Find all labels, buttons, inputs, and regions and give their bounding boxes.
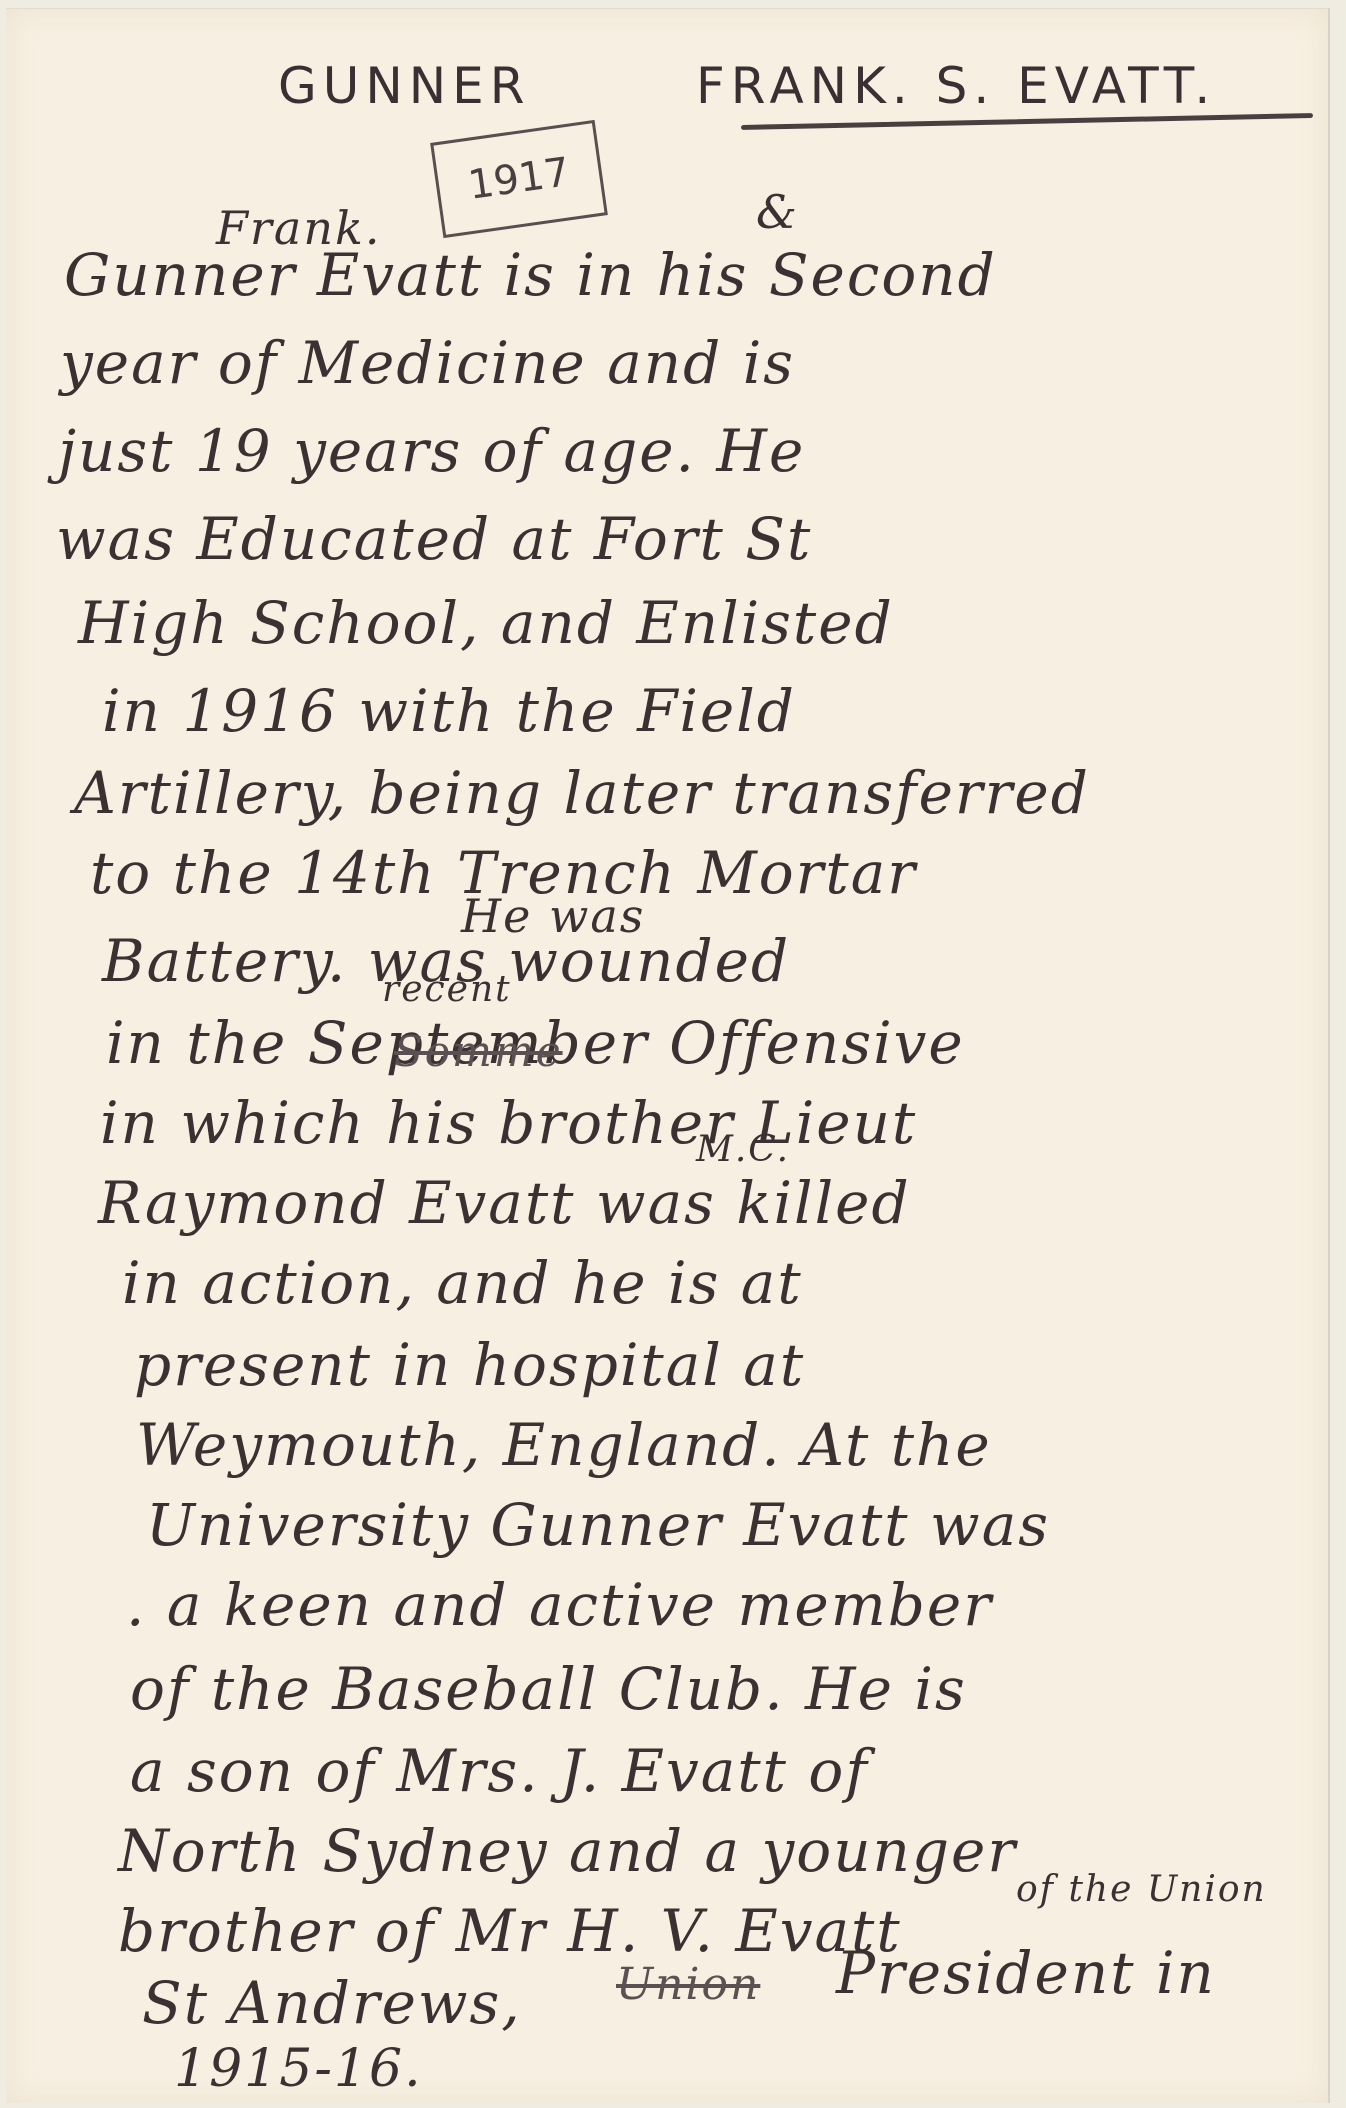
text-line-17: . a keen and active member [126,1571,993,1639]
text-line-21: brother of Mr H. V. Evatt [118,1897,902,1965]
text-line-14: present in hospital at [134,1331,805,1399]
insertion-ampersand: & [756,185,799,239]
text-line-23: St Andrews, [142,1969,522,2037]
text-line-16: University Gunner Evatt was [146,1491,1050,1559]
manuscript-page: GUNNER FRANK. S. EVATT. 1917 Frank. & Gu… [6,8,1330,2103]
text-line-3: just 19 years of age. He [58,417,805,485]
text-line-22: President in [836,1939,1216,2007]
text-line-13: in action, and he is at [122,1249,803,1317]
text-line-11: in which his brother Lieut [100,1089,917,1157]
text-line-20: North Sydney and a younger [118,1817,1017,1885]
struck-word-somme: Somme [394,1027,563,1076]
insertion-mc: M.C. [696,1129,790,1170]
struck-word-union: Union [616,1959,760,2010]
year-box: 1917 [430,120,608,238]
text-line-18: of the Baseball Club. He is [130,1655,967,1723]
year-box-text: 1917 [465,149,572,209]
text-line-24: 1915-16. [174,2039,423,2099]
text-line-5: High School, and Enlisted [78,589,894,657]
insertion-recent: recent [382,969,512,1010]
text-line-15: Weymouth, England. At the [136,1411,992,1479]
title-name: FRANK. S. EVATT. [696,57,1216,115]
title-underline [741,113,1313,130]
text-line-19: a son of Mrs. J. Evatt of [130,1737,869,1805]
text-line-1: Gunner Evatt is in his Second [64,241,997,309]
title-rank: GUNNER [278,57,530,115]
insertion-of-the-union: of the Union [1016,1869,1267,1910]
text-line-2: year of Medicine and is [60,329,795,397]
text-line-7: Artillery, being later transferred [74,759,1090,827]
text-line-12: Raymond Evatt was killed [98,1169,911,1237]
text-line-6: in 1916 with the Field [102,677,796,745]
text-line-4: was Educated at Fort St [56,505,812,573]
